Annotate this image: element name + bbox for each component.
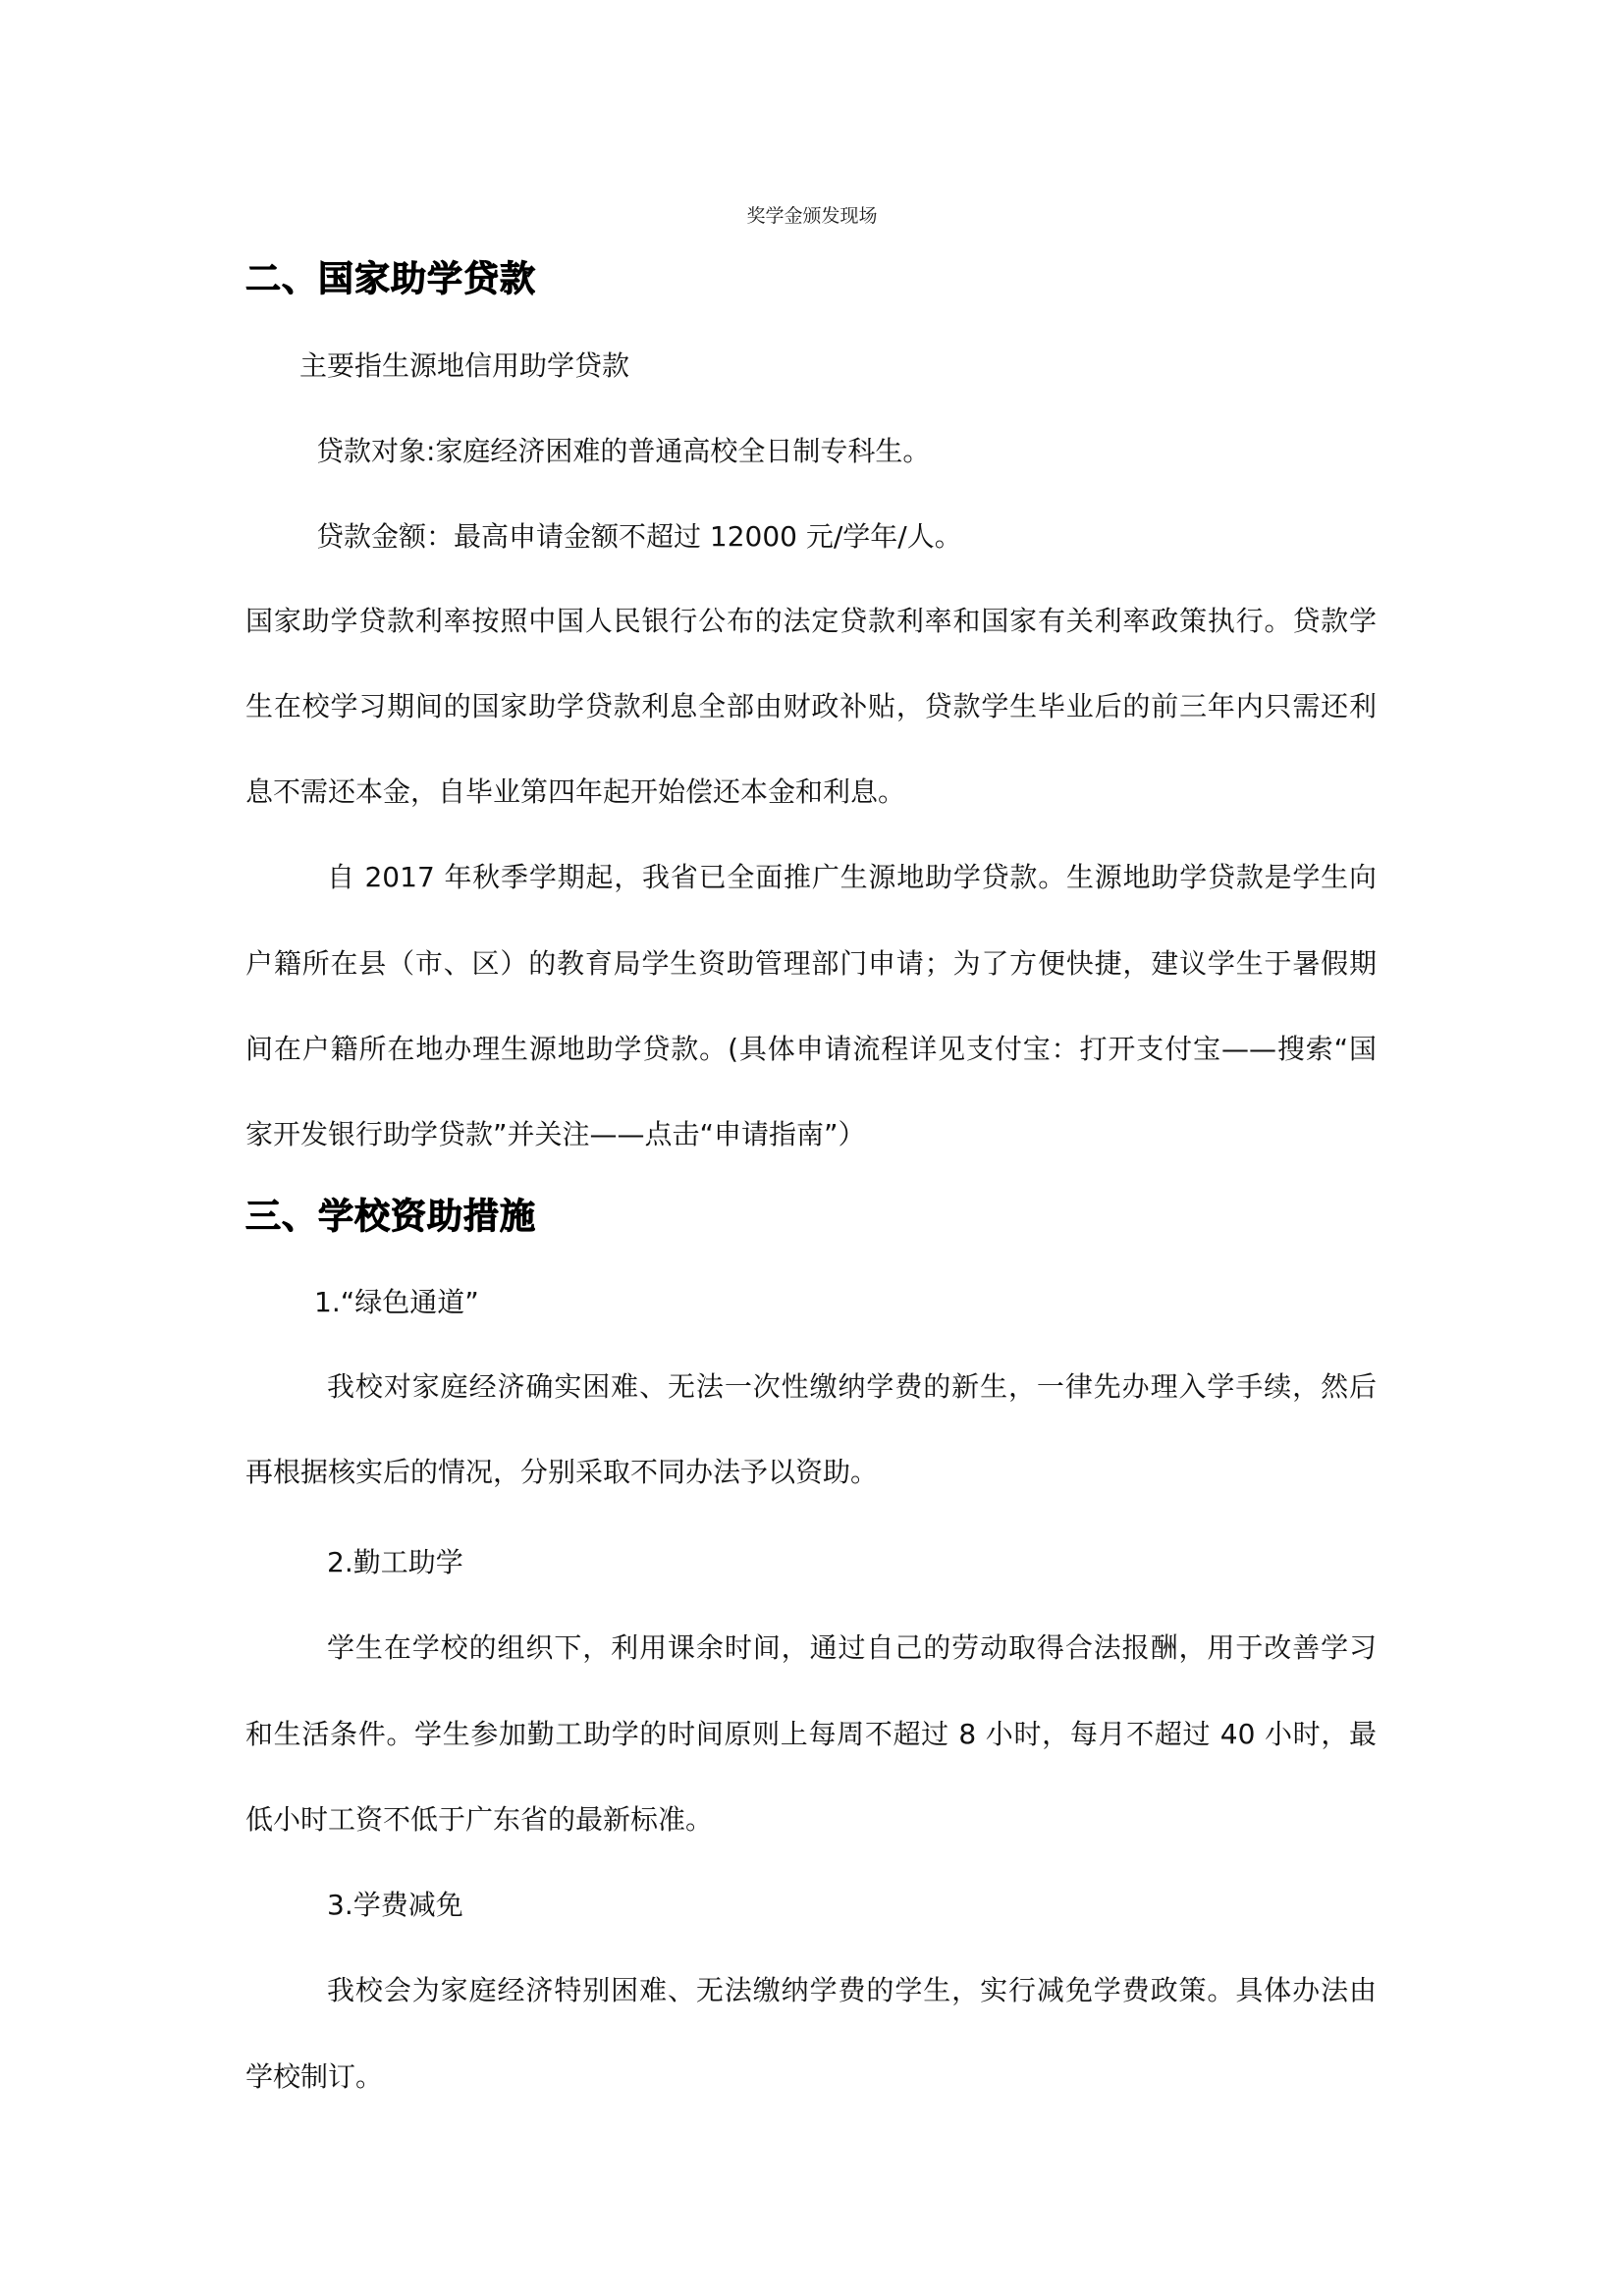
loan-amount: 贷款金额：最高申请金额不超过 12000 元/学年/人。 <box>316 520 962 554</box>
paragraph-line: 间在户籍所在地办理生源地助学贷款。(具体申请流程详见支付宝：打开支付宝——搜索“… <box>245 1033 1377 1066</box>
loan-intro: 主要指生源地信用助学贷款 <box>299 349 629 383</box>
paragraph-line: 我校会为家庭经济特别困难、无法缴纳学费的学生，实行减免学费政策。具体办法由 <box>327 1974 1377 2007</box>
loan-target: 贷款对象:家庭经济困难的普通高校全日制专科生。 <box>316 435 930 468</box>
paragraph-line: 家开发银行助学贷款”并关注——点击“申请指南”） <box>245 1118 1377 1151</box>
paragraph-line: 息不需还本金，自毕业第四年起开始偿还本金和利息。 <box>245 775 1377 809</box>
paragraph-line: 学校制订。 <box>245 2060 1377 2094</box>
item-title-work-study: 2.勤工助学 <box>327 1546 463 1579</box>
paragraph-line: 再根据核实后的情况，分别采取不同办法予以资助。 <box>245 1456 1377 1489</box>
item-title-tuition-waiver: 3.学费减免 <box>327 1889 463 1922</box>
paragraph-line: 学生在学校的组织下，利用课余时间，通过自己的劳动取得合法报酬，用于改善学习 <box>327 1631 1377 1665</box>
item-title-green-channel: 1.“绿色通道” <box>314 1286 479 1319</box>
paragraph-line: 户籍所在县（市、区）的教育局学生资助管理部门申请；为了方便快捷，建议学生于暑假期 <box>245 947 1377 981</box>
paragraph-line: 生在校学习期间的国家助学贷款利息全部由财政补贴，贷款学生毕业后的前三年内只需还利 <box>245 690 1377 723</box>
paragraph-line: 我校对家庭经济确实困难、无法一次性缴纳学费的新生，一律先办理入学手续，然后 <box>327 1370 1377 1404</box>
paragraph-line: 国家助学贷款利率按照中国人民银行公布的法定贷款利率和国家有关利率政策执行。贷款学 <box>245 605 1377 638</box>
paragraph-line: 自 2017 年秋季学期起，我省已全面推广生源地助学贷款。生源地助学贷款是学生向 <box>327 861 1377 894</box>
paragraph-line: 低小时工资不低于广东省的最新标准。 <box>245 1803 1377 1837</box>
paragraph-line: 和生活条件。学生参加勤工助学的时间原则上每周不超过 8 小时，每月不超过 40 … <box>245 1718 1377 1751</box>
image-caption: 奖学金颁发现场 <box>0 204 1624 228</box>
section-heading-school-aid: 三、学校资助措施 <box>245 1196 536 1239</box>
section-heading-national-loan: 二、国家助学贷款 <box>245 258 536 301</box>
